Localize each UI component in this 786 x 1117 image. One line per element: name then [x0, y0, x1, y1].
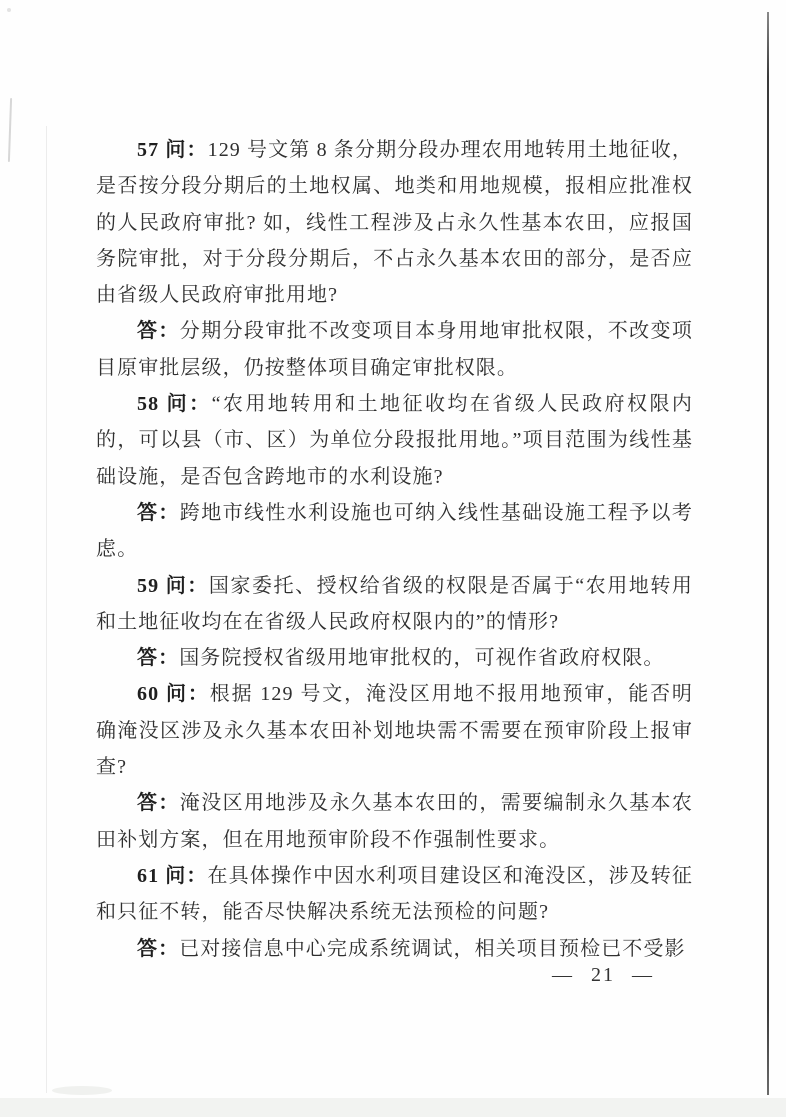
- qa-label: 60 问：: [137, 683, 210, 705]
- scan-artifact-line-left: [46, 126, 47, 1093]
- qa-label: 答：: [137, 938, 179, 960]
- qa-label: 答：: [137, 647, 179, 669]
- paragraph: 58 问：“农用地转用和土地征收均在省级人民政府权限内的，可以县（市、区）为单位…: [96, 386, 693, 495]
- scanned-document-page: 57 问：129 号文第 8 条分期分段办理农用地转用土地征收，是否按分段分期后…: [0, 0, 786, 1117]
- scan-artifact-mark: [8, 98, 12, 162]
- paragraph: 答：分期分段审批不改变项目本身用地审批权限，不改变项目原审批层级，仍按整体项目确…: [96, 313, 693, 386]
- paragraph: 答：已对接信息中心完成系统调试，相关项目预检已不受影: [96, 931, 693, 967]
- qa-label: 答：: [137, 502, 180, 524]
- qa-label: 答：: [137, 792, 180, 814]
- qa-label: 61 问：: [137, 865, 208, 887]
- paragraph: 答：淹没区用地涉及永久基本农田的，需要编制永久基本农田补划方案，但在用地预审阶段…: [96, 785, 693, 858]
- page-number: — 21 —: [552, 964, 654, 987]
- scan-edge-line-right: [767, 12, 769, 1095]
- document-body: 57 问：129 号文第 8 条分期分段办理农用地转用土地征收，是否按分段分期后…: [96, 132, 693, 967]
- scan-bottom-shadow: [0, 1098, 786, 1117]
- paragraph: 59 问：国家委托、授权给省级的权限是否属于“农用地转用和土地征收均在在省级人民…: [96, 568, 693, 641]
- qa-label: 59 问：: [137, 575, 209, 597]
- scan-bottom-blotch: [52, 1086, 112, 1095]
- scan-artifact-dot: [7, 8, 11, 12]
- qa-label: 58 问：: [137, 393, 212, 415]
- paragraph: 60 问：根据 129 号文，淹没区用地不报用地预审，能否明确淹没区涉及永久基本…: [96, 676, 693, 785]
- paragraph: 答：国务院授权省级用地审批权的，可视作省政府权限。: [96, 640, 693, 676]
- paragraph: 答：跨地市线性水利设施也可纳入线性基础设施工程予以考虑。: [96, 495, 693, 568]
- qa-label: 57 问：: [137, 139, 208, 161]
- paragraph: 61 问：在具体操作中因水利项目建设区和淹没区，涉及转征和只征不转，能否尽快解决…: [96, 858, 693, 931]
- qa-label: 答：: [137, 320, 180, 342]
- paragraph: 57 问：129 号文第 8 条分期分段办理农用地转用土地征收，是否按分段分期后…: [96, 132, 693, 313]
